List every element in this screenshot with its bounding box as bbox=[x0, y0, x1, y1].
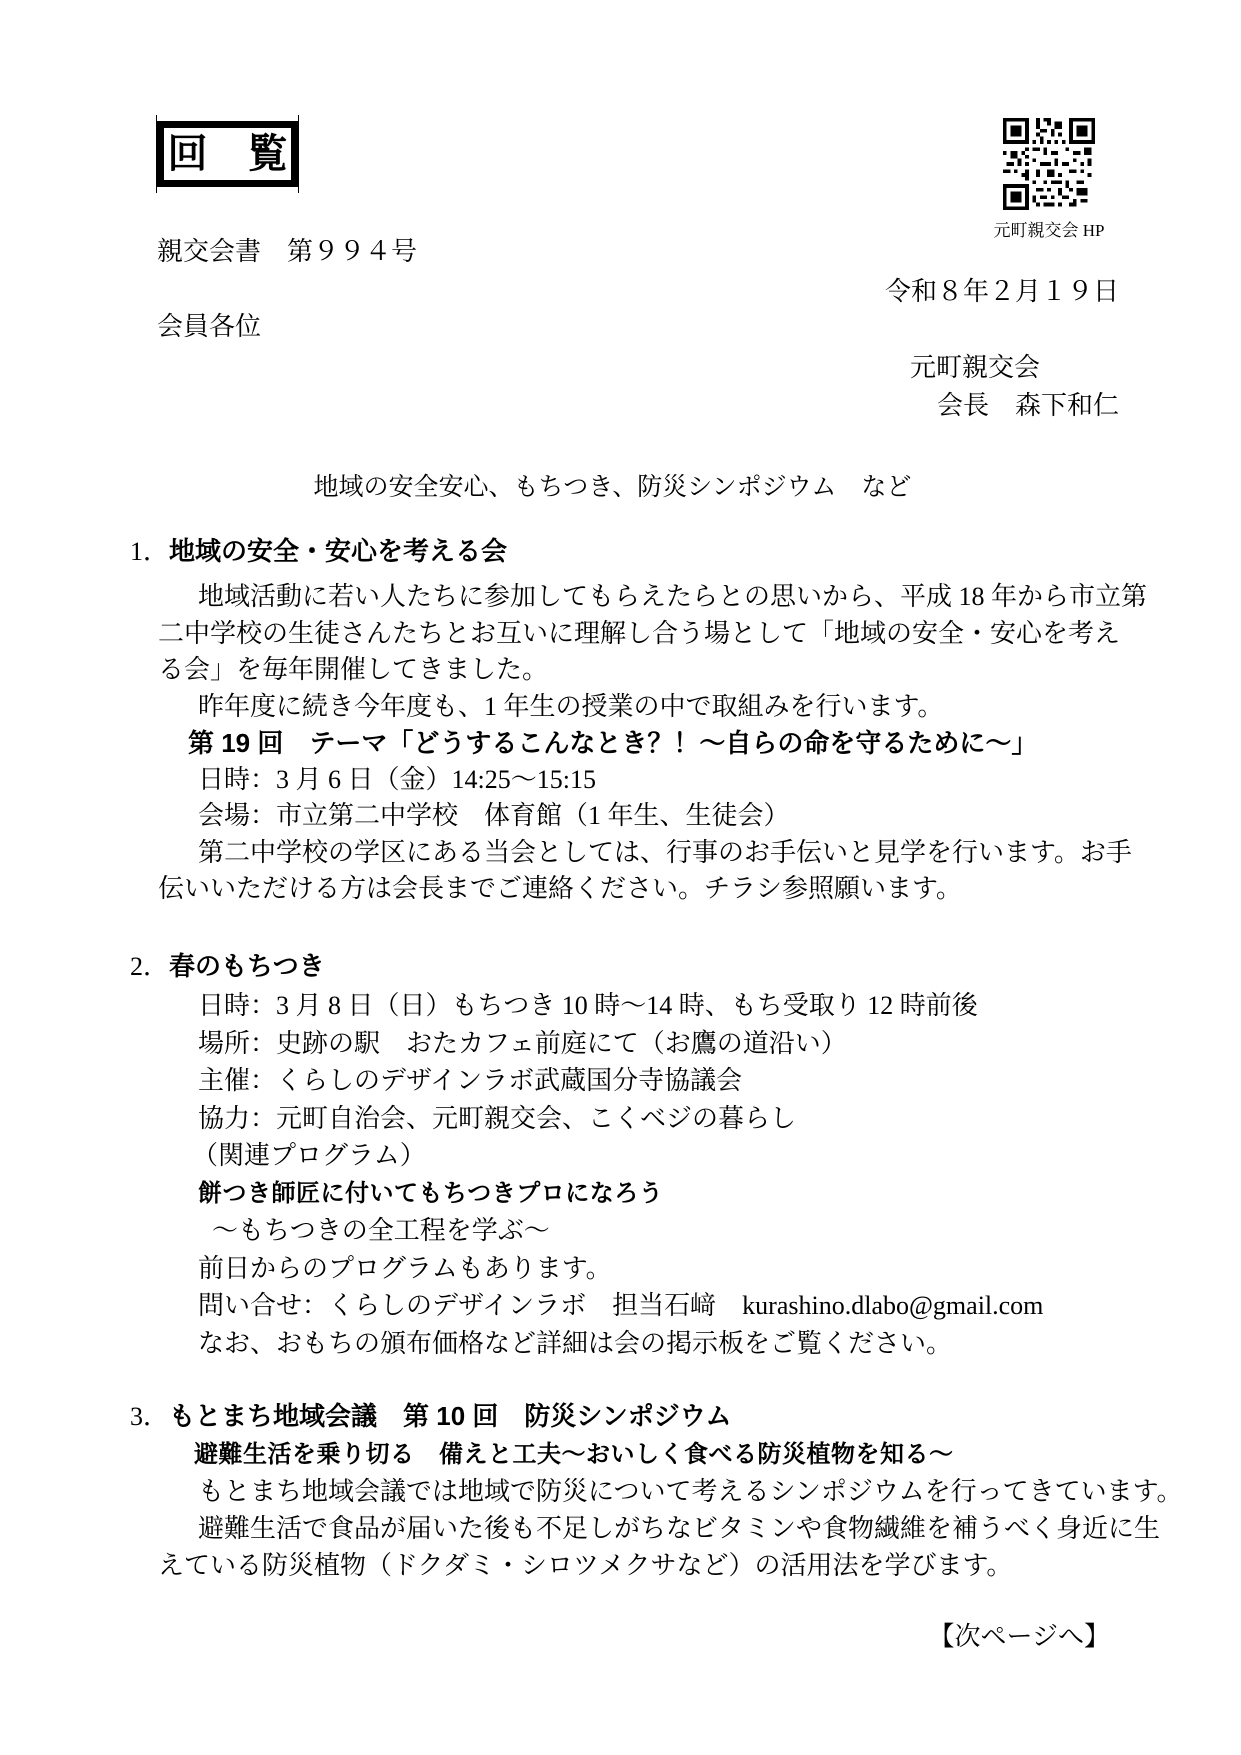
event-datetime-line: 日時：3 月 6 日（金）14:25～15:15 bbox=[130, 762, 1147, 799]
section-2-title: 春のもちつき bbox=[169, 951, 325, 981]
issue-date: 令和８年２月１９日 bbox=[885, 271, 1119, 308]
text-line: 昨年度に続き今年度も、1 年生の授業の中で取組みを行います。 bbox=[130, 689, 1147, 726]
section-3-title: もとまち地域会議 第 10 回 防災シンポジウム bbox=[169, 1401, 731, 1431]
section-1: 1．地域の安全・安心を考える会 地域活動に若い人たちに参加してもらえたらとの思い… bbox=[130, 531, 1147, 908]
text-line: もとまち地域会議では地域で防災について考えるシンポジウムを行ってきています。 bbox=[130, 1473, 1183, 1510]
text-line: えている防災植物（ドクダミ・シロツメクサなど）の活用法を学びます。 bbox=[130, 1547, 1183, 1584]
event-support-line: 協力：元町自治会、元町親交会、こくベジの暮らし bbox=[130, 1100, 1043, 1138]
section-2-heading: 2．春のもちつき bbox=[130, 946, 1043, 987]
document-page: 回 覧 元町親交会 HP 親交会書 第９９４号 令和８年２月１９日 会員各位 元 bbox=[0, 0, 1241, 1755]
recipient-line: 会員各位 bbox=[157, 306, 261, 343]
program-subtitle-line: ～もちつきの全工程を学ぶ～ bbox=[130, 1212, 1043, 1250]
text-line: 第二中学校の学区にある当会としては、行事のお手伝いと見学を行います。お手 bbox=[130, 835, 1147, 872]
qr-code-icon bbox=[1003, 118, 1095, 210]
subject-line: 地域の安全安心、もちつき、防災シンポジウム など bbox=[0, 467, 1225, 503]
section-1-number: 1． bbox=[130, 537, 169, 566]
text-line: 地域活動に若い人たちに参加してもらえたらとの思いから、平成 18 年から市立第 bbox=[130, 579, 1147, 616]
section-3-number: 3． bbox=[130, 1402, 169, 1431]
text-line: なお、おもちの頒布価格など詳細は会の掲示板をご覧ください。 bbox=[130, 1325, 1043, 1363]
section-1-title: 地域の安全・安心を考える会 bbox=[169, 536, 507, 566]
qr-caption: 元町親交会 HP bbox=[973, 216, 1125, 241]
doc-number: 親交会書 第９９４号 bbox=[157, 231, 417, 268]
related-program-label: （関連プログラム） bbox=[130, 1137, 1043, 1175]
section-2: 2．春のもちつき 日時：3 月 8 日（日）もちつき 10 時～14 時、もち受… bbox=[130, 946, 1043, 1362]
pop-title-line: 避難生活を乗り切る 備えと工夫～おいしく食べる防災植物を知る～ bbox=[130, 1436, 1183, 1473]
chairman-name: 会長 森下和仁 bbox=[937, 385, 1119, 422]
event-host-line: 主催：くらしのデザインラボ武蔵国分寺協議会 bbox=[130, 1062, 1043, 1100]
text-line: 前日からのプログラムもあります。 bbox=[130, 1250, 1043, 1288]
text-line: る会」を毎年開催してきました。 bbox=[130, 652, 1147, 689]
event-datetime-line: 日時：3 月 8 日（日）もちつき 10 時～14 時、もち受取り 12 時前後 bbox=[130, 987, 1043, 1025]
event-place-line: 場所：史跡の駅 おたカフェ前庭にて（お鷹の道沿い） bbox=[130, 1025, 1043, 1063]
text-line: 伝いいただける方は会長までご連絡ください。チラシ参照願います。 bbox=[130, 871, 1147, 908]
contact-line: 問い合せ：くらしのデザインラボ 担当石﨑 kurashino.dlabo@gma… bbox=[130, 1287, 1043, 1325]
next-page-note: 【次ページへ】 bbox=[929, 1616, 1110, 1653]
text-line: 二中学校の生徒さんたちとお互いに理解し合う場として「地域の安全・安心を考え bbox=[130, 616, 1147, 653]
text-line: 避難生活で食品が届いた後も不足しがちなビタミンや食物繊維を補うべく身近に生 bbox=[130, 1510, 1183, 1547]
section-1-heading: 1．地域の安全・安心を考える会 bbox=[130, 531, 1147, 579]
pop-title-line: 餅つき師匠に付いてもちつきプロになろう bbox=[130, 1175, 1043, 1213]
stamp-border-tick bbox=[298, 115, 299, 193]
section-3-heading: 3．もとまち地域会議 第 10 回 防災シンポジウム bbox=[130, 1396, 1183, 1436]
event-theme-line: 第 19 回 テーマ「どうするこんなとき？！～自らの命を守るために～」 bbox=[130, 725, 1147, 762]
section-2-number: 2． bbox=[130, 952, 169, 981]
event-venue-line: 会場：市立第二中学校 体育館（1 年生、生徒会） bbox=[130, 798, 1147, 835]
section-3: 3．もとまち地域会議 第 10 回 防災シンポジウム 避難生活を乗り切る 備えと… bbox=[130, 1396, 1183, 1584]
organization-name: 元町親交会 bbox=[910, 347, 1040, 384]
kairan-stamp: 回 覧 bbox=[157, 121, 298, 187]
